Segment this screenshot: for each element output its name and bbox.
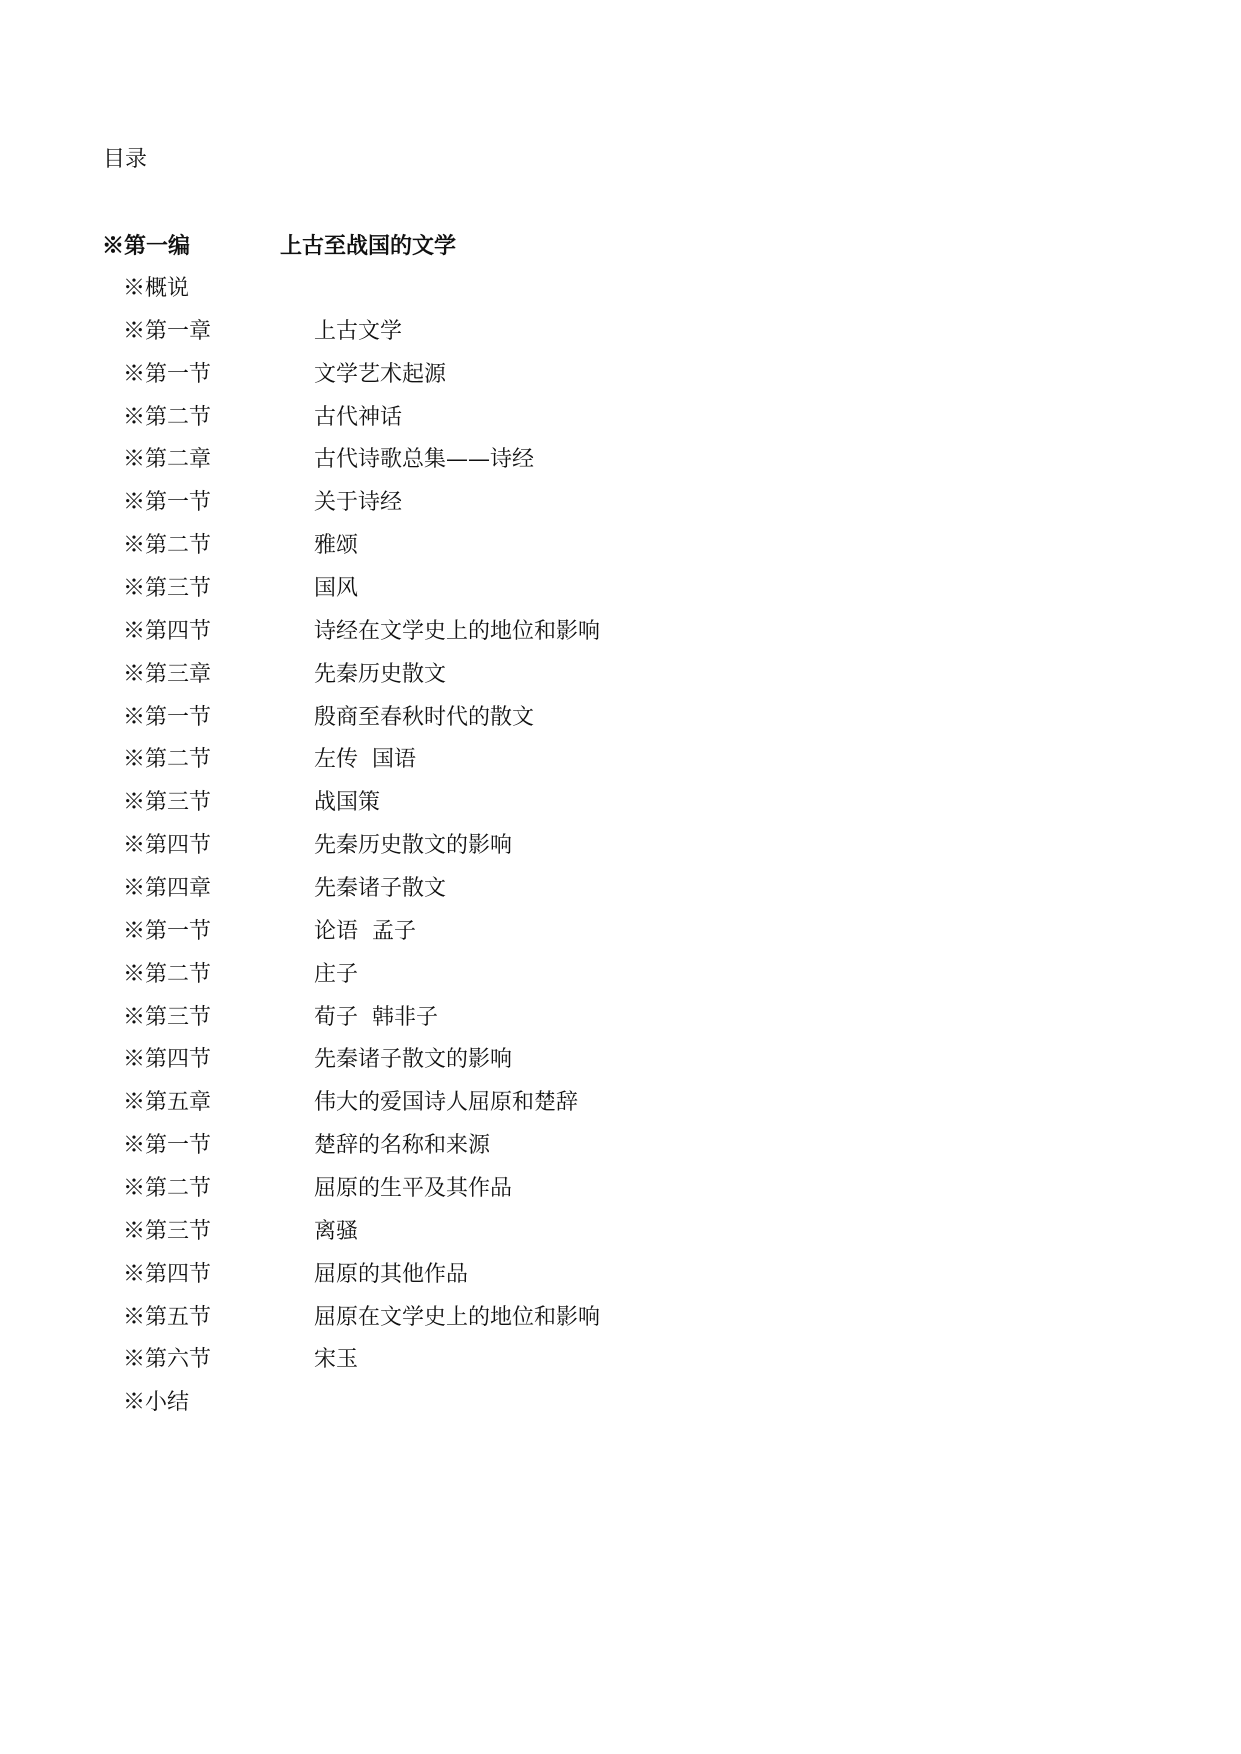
entry-title: 先秦诸子散文 [314,874,446,904]
entry-label: ※第四节 [123,831,211,861]
entry-title: 荀子 韩非子 [314,1003,438,1033]
entry-title: 关于诗经 [314,488,402,518]
entry-label: ※第二节 [123,1174,211,1204]
toc-entry[interactable]: ※第五节屈原在文学史上的地位和影响 [123,1303,1023,1346]
entry-label: ※第四章 [123,874,211,904]
toc-entry[interactable]: ※第六节宋玉 [123,1345,1023,1388]
toc-entry[interactable]: ※第四节诗经在文学史上的地位和影响 [123,617,1023,660]
part-label: ※第一编 [102,231,190,261]
entry-title: 雅颂 [314,531,358,561]
entry-title: 殷商至春秋时代的散文 [314,703,534,733]
entry-label: ※第一章 [123,317,211,347]
entry-title: 古代神话 [314,403,402,433]
entry-title: 屈原的其他作品 [314,1260,468,1290]
entry-label: ※第一节 [123,917,211,947]
entry-label: ※第四节 [123,617,211,647]
entry-label: ※第二节 [123,745,211,775]
entry-title: 庄子 [314,960,358,990]
entry-title: 屈原在文学史上的地位和影响 [314,1303,600,1333]
entry-title: 先秦历史散文的影响 [314,831,512,861]
toc-entry[interactable]: ※第四章先秦诸子散文 [123,874,1023,917]
entry-label: ※第六节 [123,1345,211,1375]
toc-entry[interactable]: ※第一章上古文学 [123,317,1023,360]
toc-list: ※概说 ※第一章上古文学 ※第一节文学艺术起源 ※第二节古代神话 ※第二章古代诗… [123,274,1023,1431]
entry-title: 宋玉 [314,1345,358,1375]
entry-label: ※第三节 [123,1003,211,1033]
entry-label: ※小结 [123,1388,189,1418]
entry-title: 论语 孟子 [314,917,416,947]
toc-entry[interactable]: ※第二节左传 国语 [123,745,1023,788]
entry-label: ※第一节 [123,488,211,518]
entry-title: 战国策 [314,788,380,818]
toc-entry[interactable]: ※第二节庄子 [123,960,1023,1003]
entry-title: 楚辞的名称和来源 [314,1131,490,1161]
toc-entry[interactable]: ※第三节战国策 [123,788,1023,831]
entry-title: 伟大的爱国诗人屈原和楚辞 [314,1088,578,1118]
toc-entry[interactable]: ※第一节关于诗经 [123,488,1023,531]
entry-title: 离骚 [314,1217,358,1247]
toc-entry[interactable]: ※第二节屈原的生平及其作品 [123,1174,1023,1217]
toc-entry[interactable]: ※第一节殷商至春秋时代的散文 [123,703,1023,746]
entry-title: 国风 [314,574,358,604]
entry-label: ※第二节 [123,531,211,561]
toc-entry[interactable]: ※第三节荀子 韩非子 [123,1003,1023,1046]
toc-entry[interactable]: ※第二节古代神话 [123,403,1023,446]
entry-label: ※第二节 [123,960,211,990]
entry-title: 屈原的生平及其作品 [314,1174,512,1204]
entry-label: ※第一节 [123,1131,211,1161]
entry-title: 上古文学 [314,317,402,347]
entry-label: ※第二章 [123,445,211,475]
entry-label: ※第四节 [123,1045,211,1075]
toc-entry[interactable]: ※第四节屈原的其他作品 [123,1260,1023,1303]
entry-title: 先秦历史散文 [314,660,446,690]
entry-label: ※第三节 [123,574,211,604]
page-title: 目录 [103,145,147,175]
entry-label: ※第一节 [123,360,211,390]
entry-label: ※第三节 [123,788,211,818]
part-title: 上古至战国的文学 [280,231,456,261]
entry-label: ※第四节 [123,1260,211,1290]
toc-entry[interactable]: ※小结 [123,1388,1023,1431]
entry-title: 先秦诸子散文的影响 [314,1045,512,1075]
entry-title: 古代诗歌总集——诗经 [314,445,534,475]
toc-entry[interactable]: ※第二节雅颂 [123,531,1023,574]
toc-entry[interactable]: ※第一节楚辞的名称和来源 [123,1131,1023,1174]
toc-entry[interactable]: ※第三节离骚 [123,1217,1023,1260]
entry-title: 文学艺术起源 [314,360,446,390]
entry-title: 诗经在文学史上的地位和影响 [314,617,600,647]
entry-label: ※第二节 [123,403,211,433]
entry-label: ※第一节 [123,703,211,733]
toc-part-row[interactable]: ※第一编 上古至战国的文学 [102,231,1002,261]
entry-title: 左传 国语 [314,745,416,775]
toc-entry[interactable]: ※第一节文学艺术起源 [123,360,1023,403]
entry-label: ※第三节 [123,1217,211,1247]
entry-label: ※第五节 [123,1303,211,1333]
toc-entry[interactable]: ※第四节先秦诸子散文的影响 [123,1045,1023,1088]
toc-entry[interactable]: ※第二章古代诗歌总集——诗经 [123,445,1023,488]
toc-entry[interactable]: ※概说 [123,274,1023,317]
toc-entry[interactable]: ※第四节先秦历史散文的影响 [123,831,1023,874]
toc-entry[interactable]: ※第三节国风 [123,574,1023,617]
toc-entry[interactable]: ※第一节论语 孟子 [123,917,1023,960]
entry-label: ※概说 [123,274,189,304]
toc-entry[interactable]: ※第三章先秦历史散文 [123,660,1023,703]
entry-label: ※第三章 [123,660,211,690]
entry-label: ※第五章 [123,1088,211,1118]
toc-entry[interactable]: ※第五章伟大的爱国诗人屈原和楚辞 [123,1088,1023,1131]
